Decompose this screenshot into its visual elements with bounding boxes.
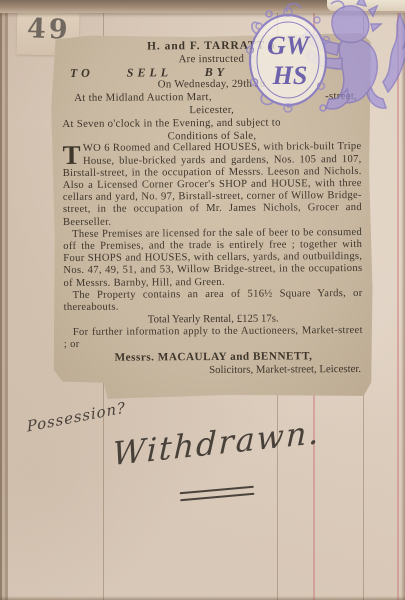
page-bottom-edge bbox=[0, 596, 405, 600]
drop-cap: T bbox=[62, 143, 82, 167]
handwritten-withdrawn-note: Withdrawn. bbox=[112, 413, 321, 473]
gwhs-watermark: GW HS bbox=[245, 0, 405, 114]
enquiries-paragraph: For further information apply to the Auc… bbox=[64, 325, 363, 351]
licence-paragraph: These Premises are licensed for the sale… bbox=[63, 227, 362, 290]
lot-description-text: WO 6 Roomed and Cellared HOUSES, with br… bbox=[63, 141, 362, 227]
monogram-cartouche: GW HS bbox=[247, 8, 330, 112]
area-paragraph: The Property contains an area of 516½ Sq… bbox=[64, 288, 363, 314]
watermark-monogram-gw: GW bbox=[267, 31, 311, 60]
watermark-monogram-hs: HS bbox=[272, 61, 308, 90]
withdrawn-double-underline bbox=[180, 486, 255, 501]
venue-left-text: At the Midland Auction Mart, bbox=[74, 91, 212, 105]
scrapbook-page: 49 H. and F. TARRATT a Are instructed TO… bbox=[0, 0, 405, 600]
handwritten-possession-note: Possession? bbox=[26, 398, 126, 435]
solicitors-address: Solicitors, Market-street, Leicester. bbox=[64, 363, 363, 378]
lot-description-paragraph: TWO 6 Roomed and Cellared HOUSES, with b… bbox=[62, 141, 362, 229]
binding-edge bbox=[0, 0, 14, 600]
